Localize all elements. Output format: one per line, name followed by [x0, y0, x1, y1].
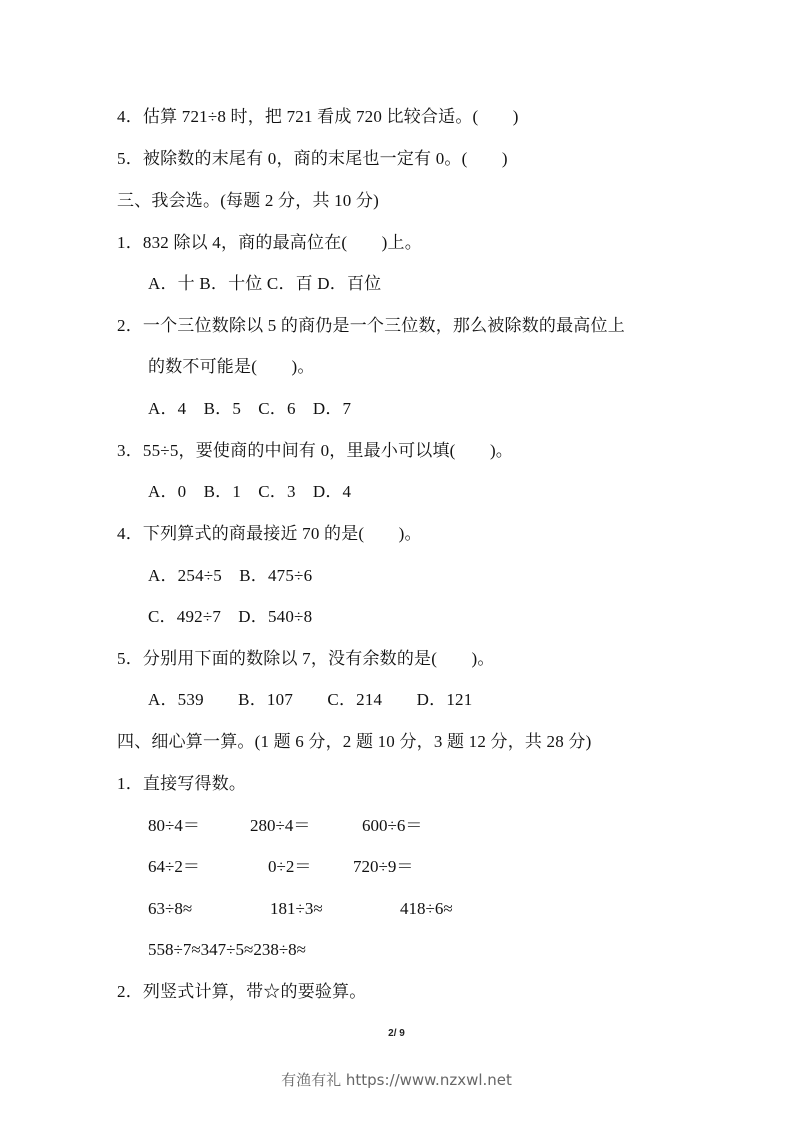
calc-item: 280÷4＝ — [250, 815, 310, 837]
choice-question-4-options-ab: A．254÷5 B．475÷6 — [148, 565, 312, 587]
calc-item: 600÷6＝ — [362, 815, 422, 837]
calc-item: 0÷2＝ — [268, 856, 311, 878]
calc-question-1-title: 1．直接写得数。 — [117, 773, 246, 795]
page-number: 2/ 9 — [0, 1028, 793, 1039]
choice-question-2: 2．一个三位数除以 5 的商仍是一个三位数，那么被除数的最高位上 — [117, 315, 625, 337]
calc-question-2-title: 2．列竖式计算，带☆的要验算。 — [117, 981, 367, 1003]
choice-question-1: 1．832 除以 4，商的最高位在( )上。 — [117, 232, 422, 254]
choice-question-3: 3．55÷5，要使商的中间有 0，里最小可以填( )。 — [117, 440, 513, 462]
calc-item: 558÷7≈347÷5≈238÷8≈ — [148, 939, 306, 961]
choice-question-4: 4．下列算式的商最接近 70 的是( )。 — [117, 523, 422, 545]
watermark: 有渔有礼 https://www.nzxwl.net — [0, 1069, 793, 1090]
choice-question-5-options: A．539 B．107 C．214 D．121 — [148, 689, 472, 711]
calc-item: 63÷8≈ — [148, 898, 192, 920]
calc-item: 720÷9＝ — [353, 856, 413, 878]
calc-row-4: 558÷7≈347÷5≈238÷8≈ — [0, 939, 17, 1005]
choice-question-2-continued: 的数不可能是( )。 — [148, 356, 315, 378]
judgement-item-4: 4．估算 721÷8 时，把 721 看成 720 比较合适。( ) — [117, 106, 519, 128]
judgement-item-5: 5．被除数的末尾有 0，商的末尾也一定有 0。( ) — [117, 148, 508, 170]
choice-question-1-options: A．十 B．十位 C．百 D．百位 — [148, 273, 381, 295]
choice-question-3-options: A．0 B．1 C．3 D．4 — [148, 481, 351, 503]
calc-item: 80÷4＝ — [148, 815, 200, 837]
choice-question-2-options: A．4 B．5 C．6 D．7 — [148, 398, 351, 420]
section-heading-calculate: 四、细心算一算。(1 题 6 分，2 题 10 分，3 题 12 分，共 28 … — [117, 731, 591, 753]
section-heading-choose: 三、我会选。(每题 2 分，共 10 分) — [117, 190, 379, 212]
choice-question-4-options-cd: C．492÷7 D．540÷8 — [148, 606, 312, 628]
choice-question-5: 5．分别用下面的数除以 7，没有余数的是( )。 — [117, 648, 495, 670]
calc-item: 181÷3≈ — [270, 898, 323, 920]
calc-item: 64÷2＝ — [148, 856, 200, 878]
calc-item: 418÷6≈ — [400, 898, 453, 920]
